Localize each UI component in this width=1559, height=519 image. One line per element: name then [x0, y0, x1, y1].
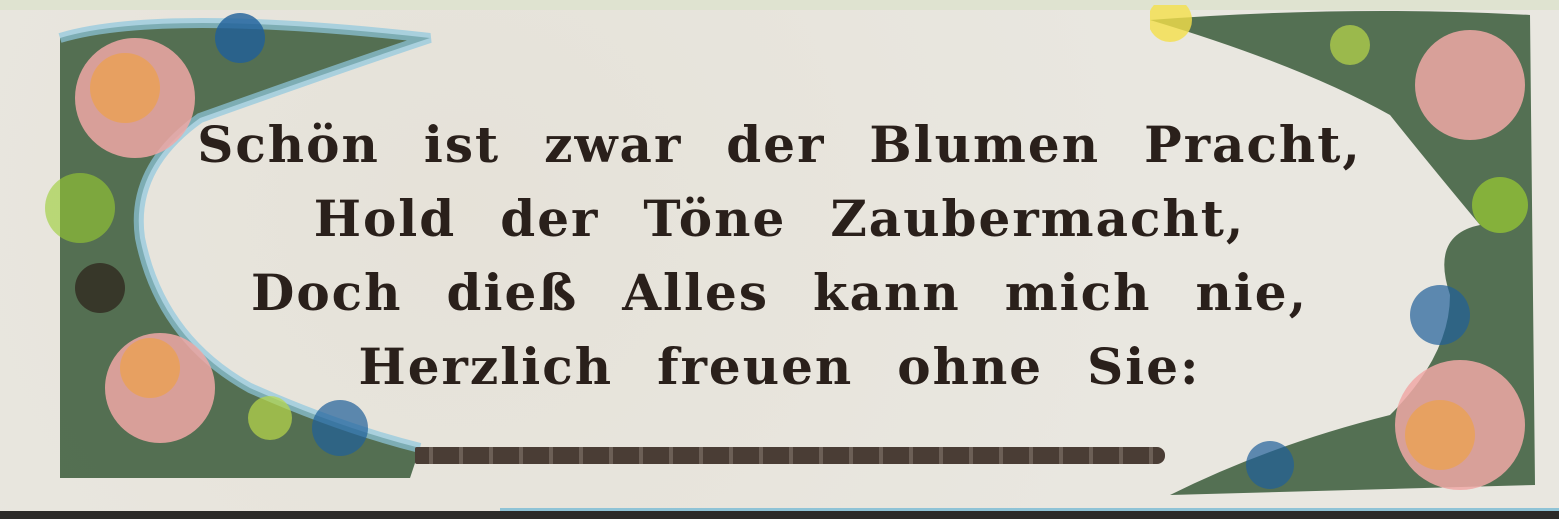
word: freuen	[657, 330, 853, 404]
word: dieß	[446, 256, 578, 330]
word: ohne	[897, 330, 1043, 404]
word: der	[500, 182, 599, 256]
word: zwar	[544, 108, 682, 182]
word: der	[726, 108, 825, 182]
word: Herzlich	[358, 330, 613, 404]
word: ist	[424, 108, 500, 182]
word: Töne	[643, 182, 786, 256]
word: Blumen	[869, 108, 1100, 182]
word: Alles	[622, 256, 769, 330]
word: Zaubermacht,	[830, 182, 1245, 256]
word: kann	[813, 256, 961, 330]
poem-line-3: DochdießAlleskannmichnie,	[0, 256, 1559, 330]
word: mich	[1005, 256, 1152, 330]
bottom-dark-edge	[0, 511, 1559, 519]
poem-line-2: HoldderTöneZaubermacht,	[0, 182, 1559, 256]
poem: SchönistzwarderBlumenPracht, HoldderTöne…	[0, 108, 1559, 404]
poem-line-1: SchönistzwarderBlumenPracht,	[0, 108, 1559, 182]
word: Sie:	[1087, 330, 1200, 404]
poem-line-4: HerzlichfreuenohneSie:	[0, 330, 1559, 404]
word: nie,	[1195, 256, 1308, 330]
decorative-rule	[415, 447, 1165, 464]
word: Pracht,	[1144, 108, 1362, 182]
word: Doch	[251, 256, 403, 330]
greeting-card: SchönistzwarderBlumenPracht, HoldderTöne…	[0, 0, 1559, 519]
word: Schön	[197, 108, 380, 182]
word: Hold	[314, 182, 457, 256]
